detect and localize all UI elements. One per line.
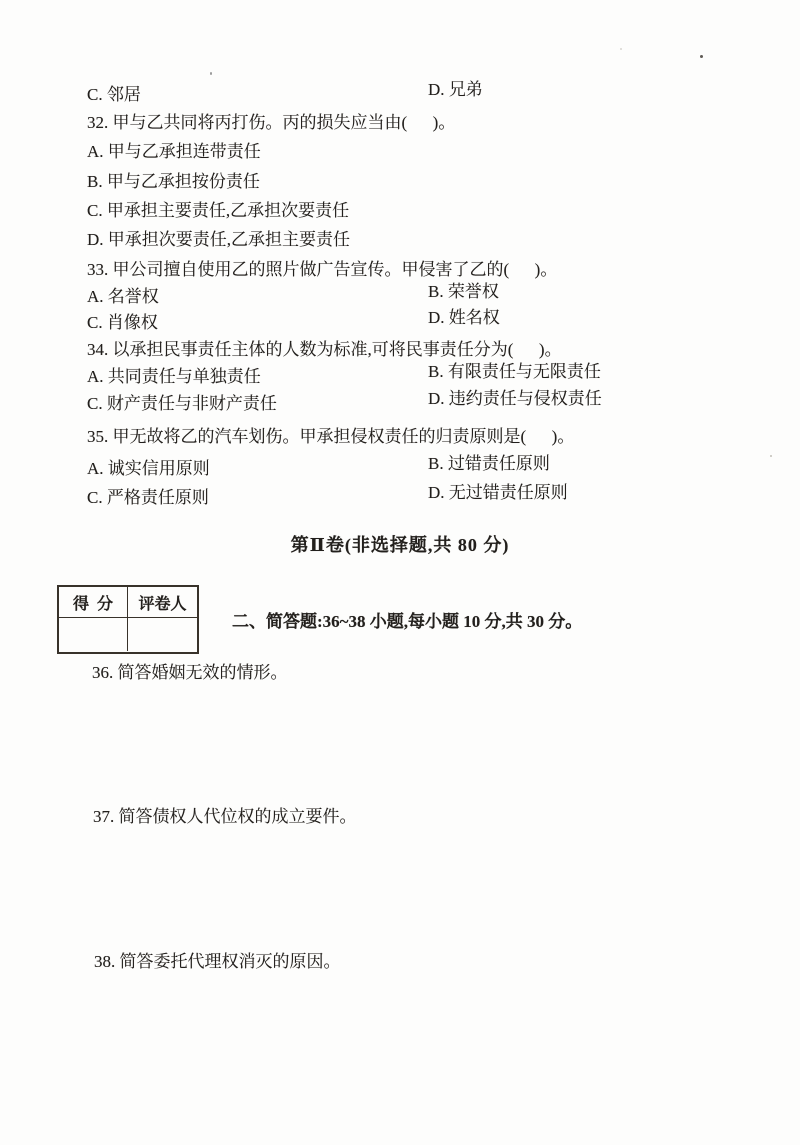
question-text: 35. 甲无故将乙的汽车划伤。甲承担侵权责任的归责原则是( )。: [87, 427, 574, 447]
scan-speck: [210, 72, 212, 75]
question-37: 37. 简答债权人代位权的成立要件。: [93, 807, 357, 827]
line-text-left: A. 名誉权: [87, 287, 159, 307]
line-text-left: C. 财产责任与非财产责任: [87, 394, 277, 414]
line-text-right: D. 兄弟: [428, 80, 483, 100]
part2-title: 第Ⅱ卷(非选择题,共 80 分): [0, 531, 800, 557]
option-text: A. 甲与乙承担连带责任: [87, 142, 261, 162]
line-text-right: B. 过错责任原则: [428, 454, 550, 474]
line-text-left: C. 肖像权: [87, 313, 158, 333]
scan-speck: [620, 48, 622, 50]
question-text: 32. 甲与乙共同将丙打伤。丙的损失应当由( )。: [87, 113, 455, 133]
options-row-31-cd: C. 邻居 D. 兄弟: [0, 85, 800, 107]
question-36: 36. 简答婚姻无效的情形。: [92, 663, 288, 683]
exam-scan-page: C. 邻居 D. 兄弟 32. 甲与乙共同将丙打伤。丙的损失应当由( )。 A.…: [0, 0, 800, 1145]
question-34: 34. 以承担民事责任主体的人数为标准,可将民事责任分为( )。: [0, 340, 800, 362]
question-text: 34. 以承担民事责任主体的人数为标准,可将民事责任分为( )。: [87, 340, 562, 360]
scan-speck: [700, 55, 703, 58]
section-2-instruction: 二、简答题:36~38 小题,每小题 10 分,共 30 分。: [232, 607, 582, 632]
options-row-35-ab: A. 诚实信用原则 B. 过错责任原则: [0, 459, 800, 481]
line-text-right: D. 违约责任与侵权责任: [428, 389, 602, 409]
line-text-left: C. 邻居: [87, 85, 141, 105]
options-row-34-cd: C. 财产责任与非财产责任 D. 违约责任与侵权责任: [0, 394, 800, 416]
line-text-right: B. 荣誉权: [428, 282, 499, 302]
score-table-header-row: 得 分 评卷人: [59, 587, 197, 618]
line-text-left: A. 共同责任与单独责任: [87, 367, 261, 387]
question-33: 33. 甲公司擅自使用乙的照片做广告宣传。甲侵害了乙的( )。: [0, 260, 800, 282]
score-table-blank-row: [59, 618, 197, 651]
option-32-a: A. 甲与乙承担连带责任: [0, 142, 800, 164]
line-text-right: D. 无过错责任原则: [428, 483, 568, 503]
score-table-score-header: 得 分: [59, 587, 128, 617]
line-text-right: B. 有限责任与无限责任: [428, 362, 601, 382]
option-text: C. 甲承担主要责任,乙承担次要责任: [87, 201, 349, 221]
options-row-33-ab: A. 名誉权 B. 荣誉权: [0, 287, 800, 309]
options-row-33-cd: C. 肖像权 D. 姓名权: [0, 313, 800, 335]
options-row-34-ab: A. 共同责任与单独责任 B. 有限责任与无限责任: [0, 367, 800, 389]
option-32-c: C. 甲承担主要责任,乙承担次要责任: [0, 201, 800, 223]
option-32-b: B. 甲与乙承担按份责任: [0, 172, 800, 194]
line-text-right: D. 姓名权: [428, 308, 500, 328]
line-text-left: A. 诚实信用原则: [87, 459, 210, 479]
question-32: 32. 甲与乙共同将丙打伤。丙的损失应当由( )。: [0, 113, 800, 135]
option-text: B. 甲与乙承担按份责任: [87, 172, 260, 192]
score-table-score-cell: [59, 618, 128, 651]
scan-speck: [770, 455, 772, 457]
score-table-grader-header: 评卷人: [128, 587, 197, 617]
option-text: D. 甲承担次要责任,乙承担主要责任: [87, 230, 350, 250]
question-38: 38. 简答委托代理权消灭的原因。: [94, 952, 341, 972]
score-table: 得 分 评卷人: [57, 585, 199, 654]
question-text: 33. 甲公司擅自使用乙的照片做广告宣传。甲侵害了乙的( )。: [87, 260, 557, 280]
score-table-grader-cell: [128, 618, 197, 651]
option-32-d: D. 甲承担次要责任,乙承担主要责任: [0, 230, 800, 252]
options-row-35-cd: C. 严格责任原则 D. 无过错责任原则: [0, 488, 800, 510]
question-35: 35. 甲无故将乙的汽车划伤。甲承担侵权责任的归责原则是( )。: [0, 427, 800, 449]
line-text-left: C. 严格责任原则: [87, 488, 209, 508]
